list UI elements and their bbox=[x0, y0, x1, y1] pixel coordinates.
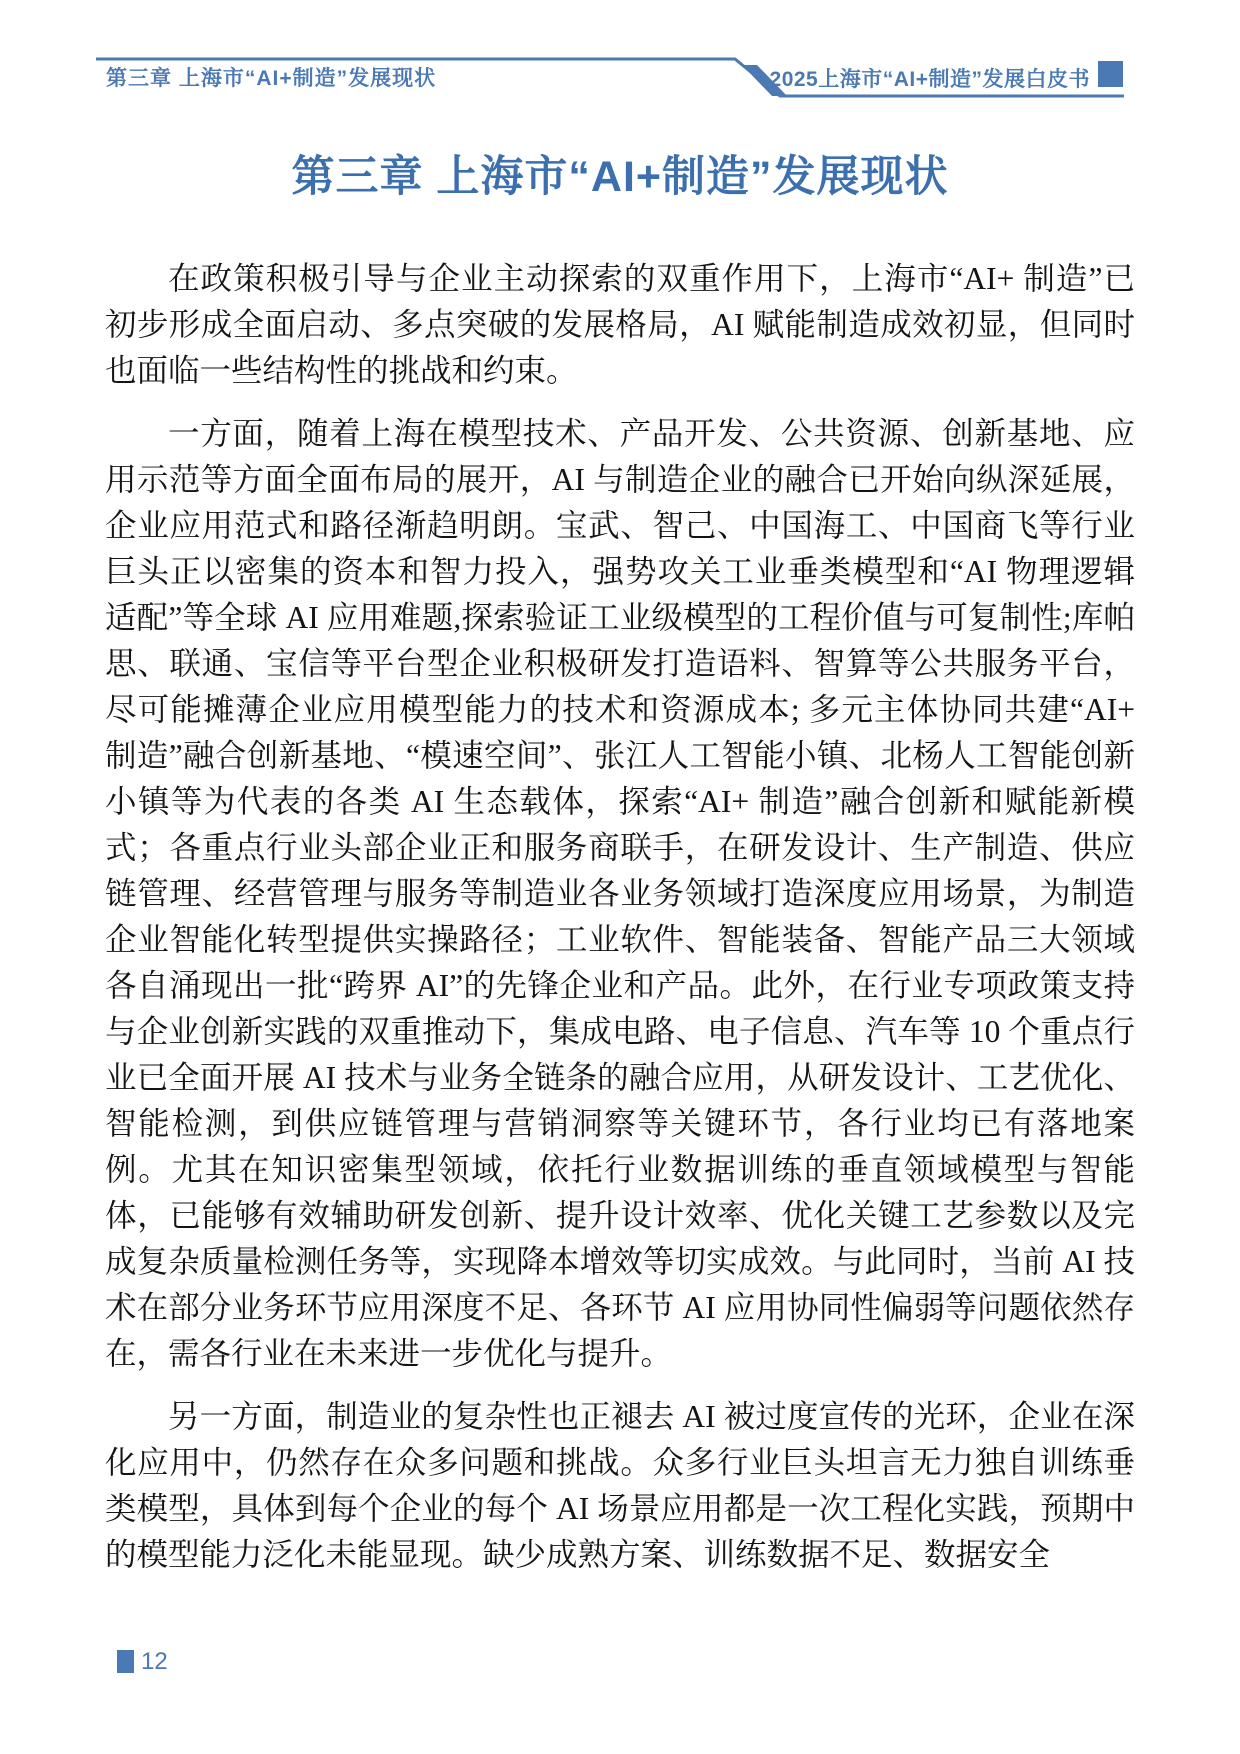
page-footer: 12 bbox=[117, 1650, 168, 1673]
header-left-title: 第三章 上海市“AI+制造”发展现状 bbox=[106, 62, 436, 92]
paragraph-3: 另一方面，制造业的复杂性也正褪去 AI 被过度宣传的光环，企业在深化应用中，仍然… bbox=[105, 1394, 1135, 1578]
page-number-marker-icon bbox=[117, 1650, 134, 1673]
page-number: 12 bbox=[141, 1650, 168, 1673]
paragraph-1: 在政策积极引导与企业主动探索的双重作用下，上海市“AI+ 制造”已初步形成全面启… bbox=[105, 256, 1135, 394]
paragraph-2: 一方面，随着上海在模型技术、产品开发、公共资源、创新基地、应用示范等方面全面布局… bbox=[105, 411, 1135, 1377]
header-rule-decoration bbox=[0, 0, 1240, 110]
header-right-title: 2025上海市“AI+制造”发展白皮书 bbox=[770, 63, 1090, 93]
chapter-title: 第三章 上海市“AI+制造”发展现状 bbox=[0, 143, 1240, 204]
body-text: 在政策积极引导与企业主动探索的双重作用下，上海市“AI+ 制造”已初步形成全面启… bbox=[105, 256, 1135, 1595]
document-page: 第三章 上海市“AI+制造”发展现状 2025上海市“AI+制造”发展白皮书 第… bbox=[0, 0, 1240, 1754]
header-corner-square bbox=[1098, 61, 1123, 87]
